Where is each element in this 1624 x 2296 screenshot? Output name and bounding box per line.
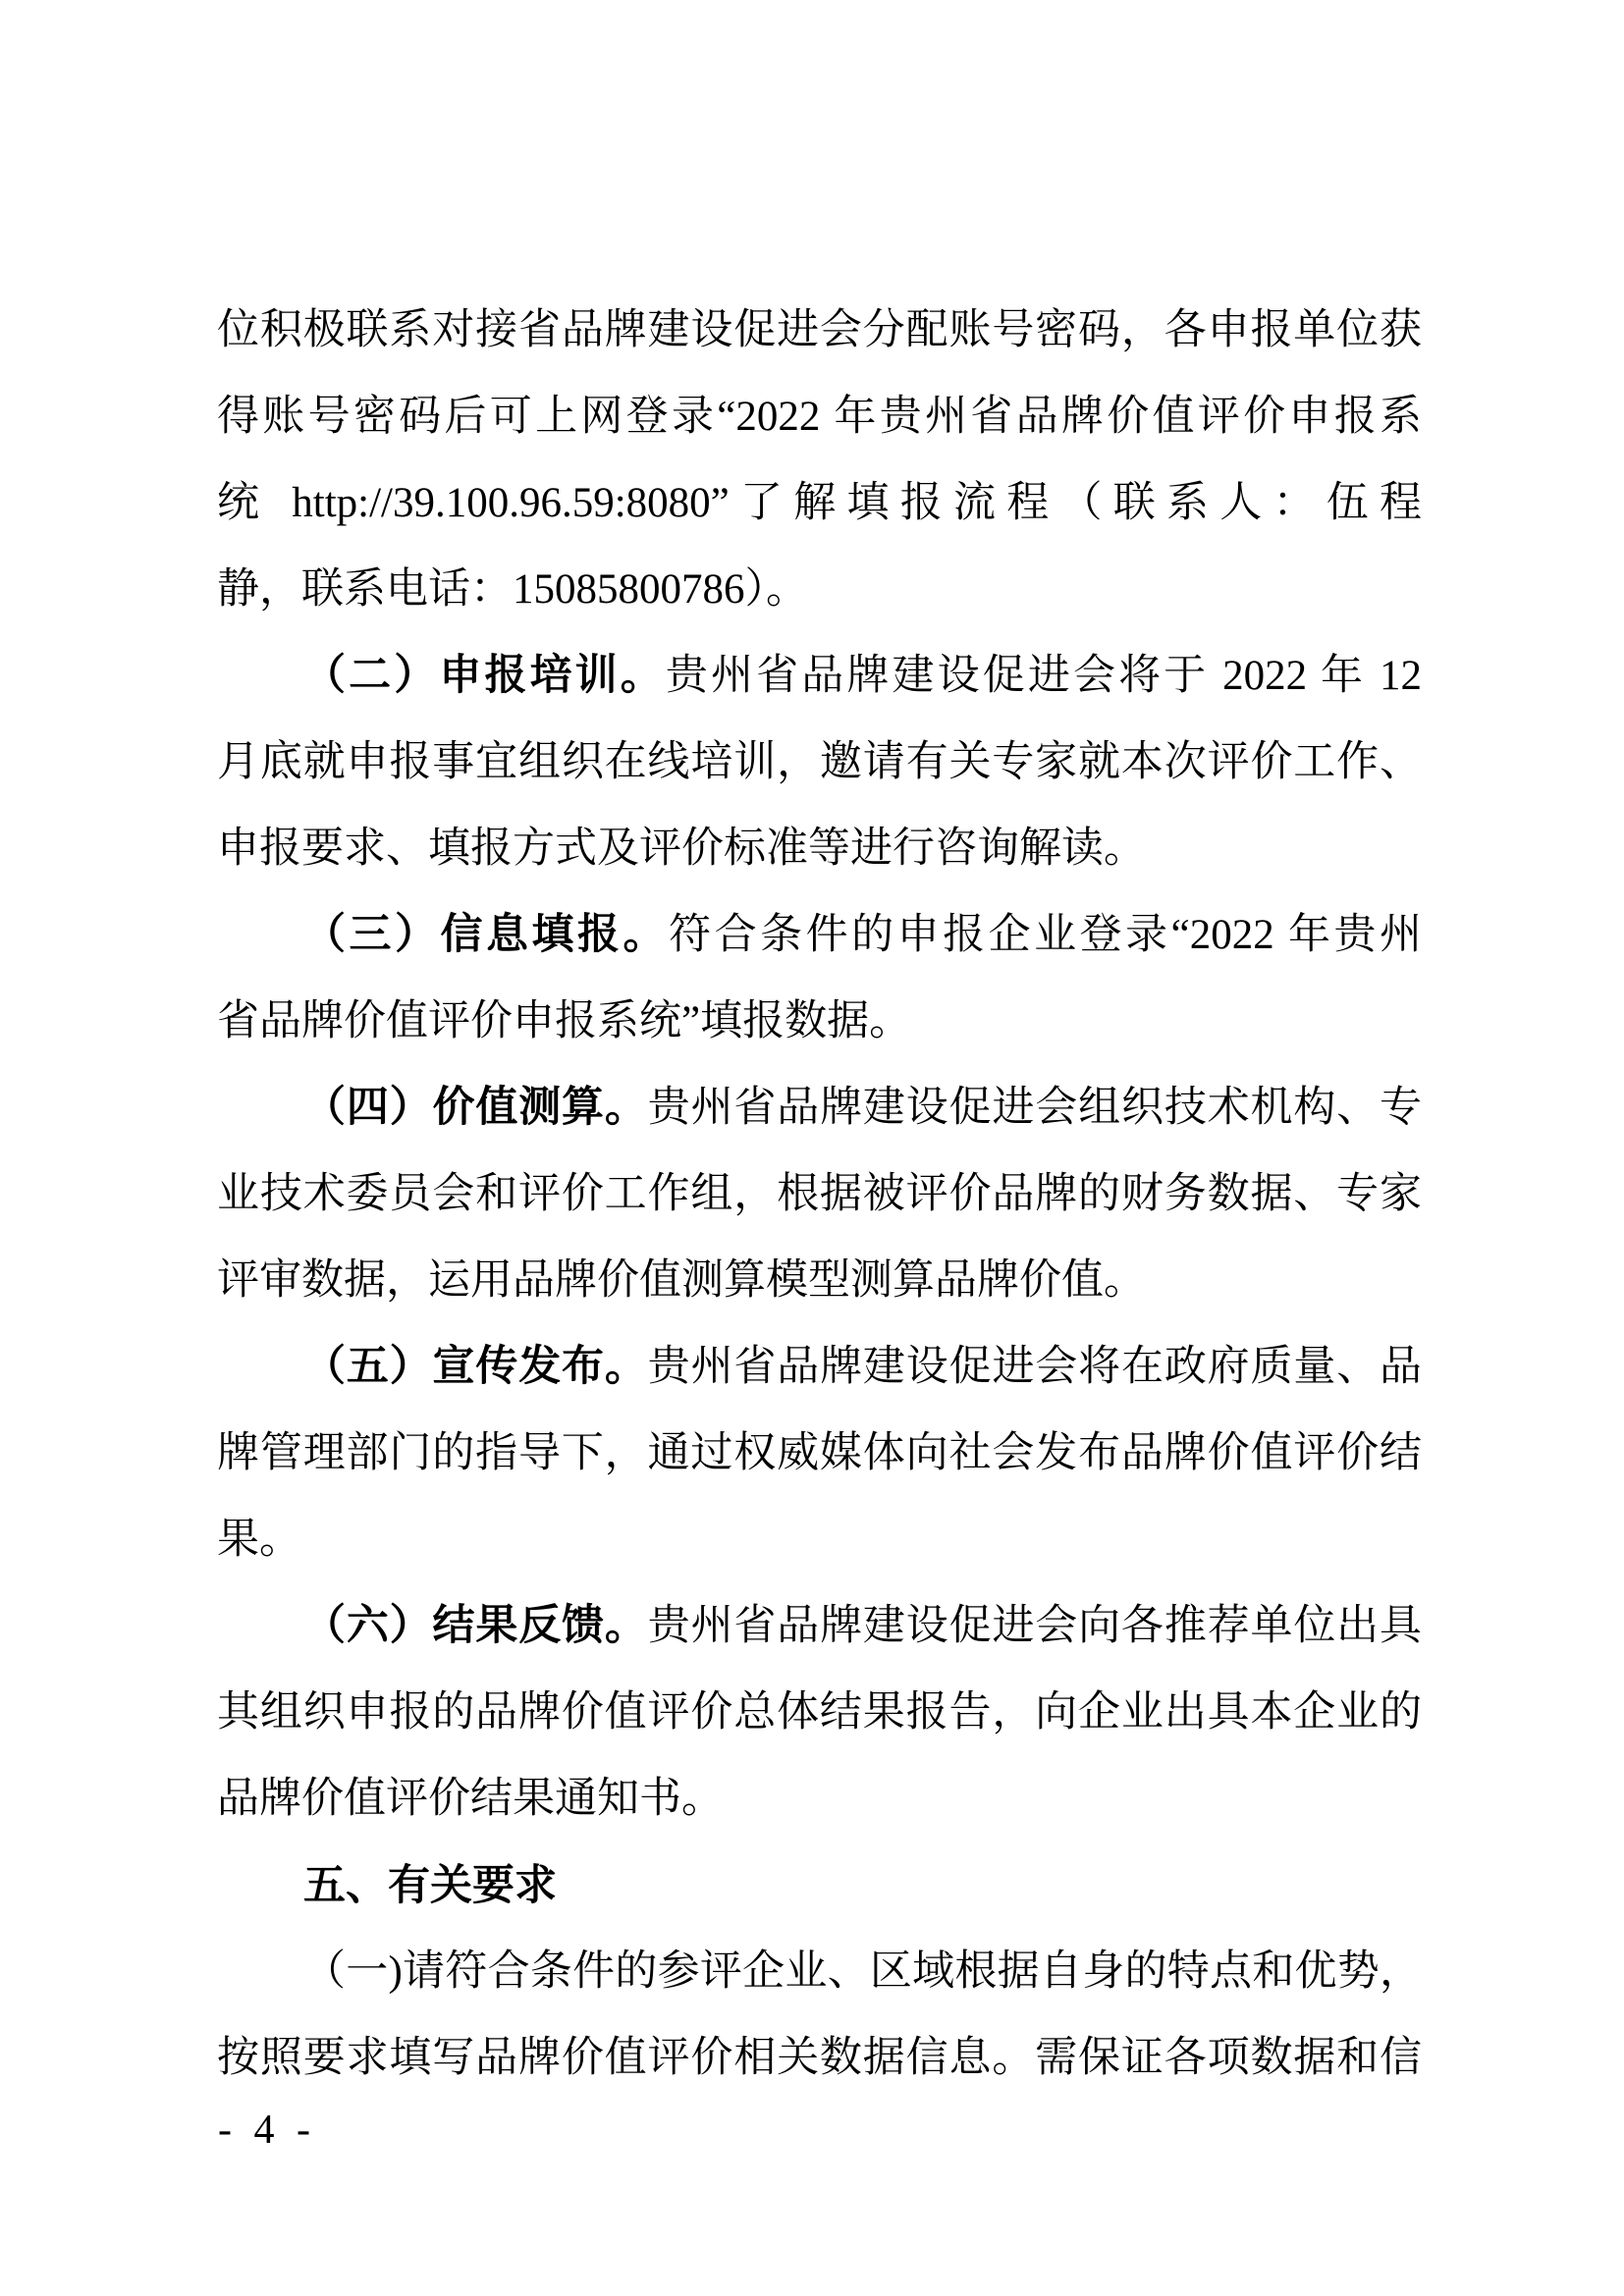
bold-lead-in: （二）申报培训。 (303, 653, 666, 699)
text-line: （三）信息填报。符合条件的申报企业登录“2022 年贵州 (217, 892, 1422, 979)
text-line: 月底就申报事宜组织在线培训，邀请有关专家就本次评价工作、 (217, 720, 1422, 806)
text-segment: 位积极联系对接省品牌建设促进会分配账号密码，各申报单位获 (217, 307, 1422, 353)
section-heading: 五、有关要求 (217, 1842, 1422, 1929)
text-line: 位积极联系对接省品牌建设促进会分配账号密码，各申报单位获 (217, 288, 1422, 374)
text-segment: 得账号密码后可上网登录“2022 年贵州省品牌价值评价申报系 (217, 394, 1422, 440)
text-segment: 省品牌价值评价申报系统”填报数据。 (217, 998, 911, 1044)
text-line: （一)请符合条件的参评企业、区域根据自身的特点和优势， (217, 1929, 1422, 2015)
bold-lead-in: （三）信息填报。 (303, 912, 669, 958)
bold-lead-in: （五）宣传发布。 (303, 1344, 648, 1390)
text-line: （二）申报培训。贵州省品牌建设促进会将于 2022 年 12 (217, 633, 1422, 720)
text-line: 得账号密码后可上网登录“2022 年贵州省品牌价值评价申报系 (217, 374, 1422, 460)
text-line: 品牌价值评价结果通知书。 (217, 1756, 1422, 1842)
text-segment: 月底就申报事宜组织在线培训，邀请有关专家就本次评价工作、 (217, 739, 1422, 785)
text-segment: 其组织申报的品牌价值评价总体结果报告，向企业出具本企业的 (217, 1689, 1422, 1735)
text-line: （四）价值测算。贵州省品牌建设促进会组织技术机构、专 (217, 1065, 1422, 1151)
text-line: 牌管理部门的指导下，通过权威媒体向社会发布品牌价值评价结 (217, 1411, 1422, 1497)
text-line: 申报要求、填报方式及评价标准等进行咨询解读。 (217, 806, 1422, 892)
text-segment: 业技术委员会和评价工作组，根据被评价品牌的财务数据、专家 (217, 1171, 1422, 1217)
text-segment: 贵州省品牌建设促进会将在政府质量、品 (648, 1344, 1422, 1390)
text-line: （六）结果反馈。贵州省品牌建设促进会向各推荐单位出具 (217, 1583, 1422, 1670)
text-line: 按照要求填写品牌价值评价相关数据信息。需保证各项数据和信 (217, 2015, 1422, 2102)
text-segment: 果。 (217, 1517, 301, 1563)
text-segment: 贵州省品牌建设促进会将于 2022 年 12 (666, 653, 1422, 699)
bold-lead-in: 五、有关要求 (303, 1862, 557, 1909)
text-segment: 评审数据，运用品牌价值测算模型测算品牌价值。 (217, 1257, 1146, 1304)
text-line: 业技术委员会和评价工作组，根据被评价品牌的财务数据、专家 (217, 1151, 1422, 1238)
text-line: （五）宣传发布。贵州省品牌建设促进会将在政府质量、品 (217, 1324, 1422, 1411)
page-number: - 4 - (218, 2103, 316, 2158)
text-segment: 静，联系电话：15085800786）。 (217, 566, 808, 613)
text-segment: 品牌价值评价结果通知书。 (217, 1776, 724, 1822)
text-line: 评审数据，运用品牌价值测算模型测算品牌价值。 (217, 1238, 1422, 1324)
text-segment: 牌管理部门的指导下，通过权威媒体向社会发布品牌价值评价结 (217, 1430, 1422, 1476)
text-segment: 符合条件的申报企业登录“2022 年贵州 (669, 912, 1422, 958)
bold-lead-in: （六）结果反馈。 (303, 1603, 648, 1649)
text-line: 静，联系电话：15085800786）。 (217, 547, 1422, 633)
text-segment: 申报要求、填报方式及评价标准等进行咨询解读。 (217, 826, 1146, 872)
text-segment: 按照要求填写品牌价值评价相关数据信息。需保证各项数据和信 (217, 2035, 1422, 2081)
bold-lead-in: （四）价值测算。 (303, 1085, 648, 1131)
text-line: 其组织申报的品牌价值评价总体结果报告，向企业出具本企业的 (217, 1670, 1422, 1756)
document-page: 位积极联系对接省品牌建设促进会分配账号密码，各申报单位获得账号密码后可上网登录“… (0, 0, 1624, 2296)
text-line: 统 http://39.100.96.59:8080”了解填报流程（联系人：伍程 (217, 460, 1422, 547)
text-line: 果。 (217, 1497, 1422, 1583)
document-body: 位积极联系对接省品牌建设促进会分配账号密码，各申报单位获得账号密码后可上网登录“… (217, 288, 1422, 2102)
text-segment: （一)请符合条件的参评企业、区域根据自身的特点和优势， (303, 1949, 1422, 1995)
text-line: 省品牌价值评价申报系统”填报数据。 (217, 979, 1422, 1065)
text-segment: 贵州省品牌建设促进会组织技术机构、专 (648, 1085, 1422, 1131)
text-segment: 贵州省品牌建设促进会向各推荐单位出具 (648, 1603, 1422, 1649)
text-segment: 统 http://39.100.96.59:8080”了解填报流程（联系人：伍程 (217, 480, 1422, 526)
